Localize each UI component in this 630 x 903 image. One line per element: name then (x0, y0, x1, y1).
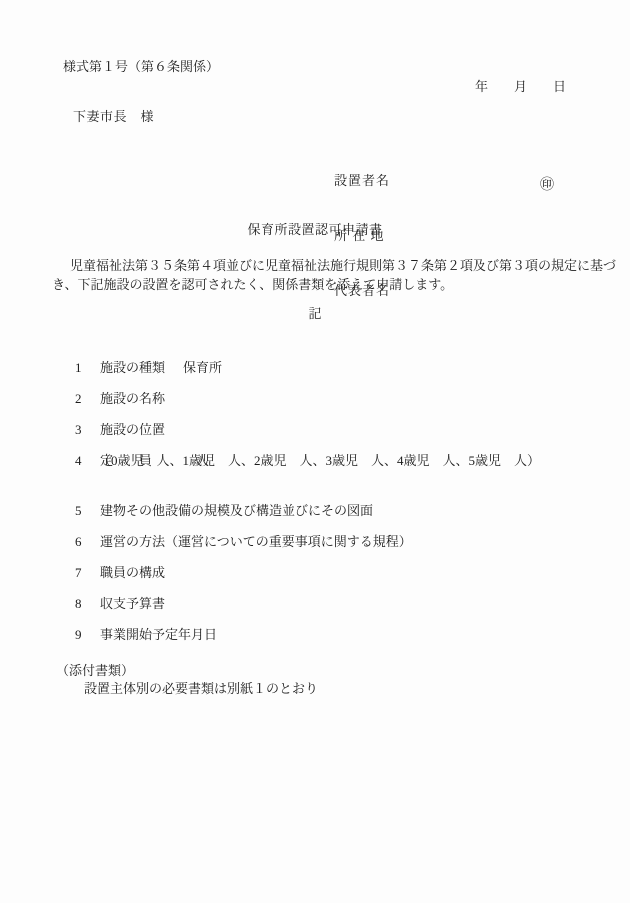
installer-name-label: 設置者名 (334, 171, 390, 191)
list-item-start-date: 9事業開始予定年月日 (62, 608, 217, 661)
capacity-breakdown-by-age: （0歳児 人、1歳児 人、2歳児 人、3歳児 人、4歳児 人、5歳児 人） (98, 452, 540, 470)
item-label: 事業開始予定年月日 (100, 627, 217, 642)
body-text-line-1: 児童福祉法第３５条第４項並びに児童福祉法施行規則第３７条第２項及び第３項の規定に… (70, 257, 616, 275)
body-text-line-2: き、下記施設の設置を認可されたく、関係書類を添えて申請します。 (52, 276, 453, 294)
attachments-heading: （添付書類） (56, 662, 134, 680)
date-line: 年 月 日 (475, 78, 566, 96)
record-mark: 記 (0, 303, 630, 322)
item-number: 4 (75, 452, 100, 470)
document-title: 保育所設置認可申請書 (0, 219, 630, 238)
application-form-page: 様式第１号（第６条関係） 年 月 日 下妻市長 様 設置者名 所 在 地 代表者… (0, 0, 630, 903)
item-number: 9 (75, 626, 100, 644)
addressee: 下妻市長 様 (73, 108, 154, 126)
attachments-note: 設置主体別の必要書類は別紙１のとおり (84, 680, 318, 698)
form-number: 様式第１号（第６条関係） (63, 58, 219, 76)
item-value: 保育所 (183, 360, 222, 375)
seal-mark: ㊞ (540, 177, 554, 196)
